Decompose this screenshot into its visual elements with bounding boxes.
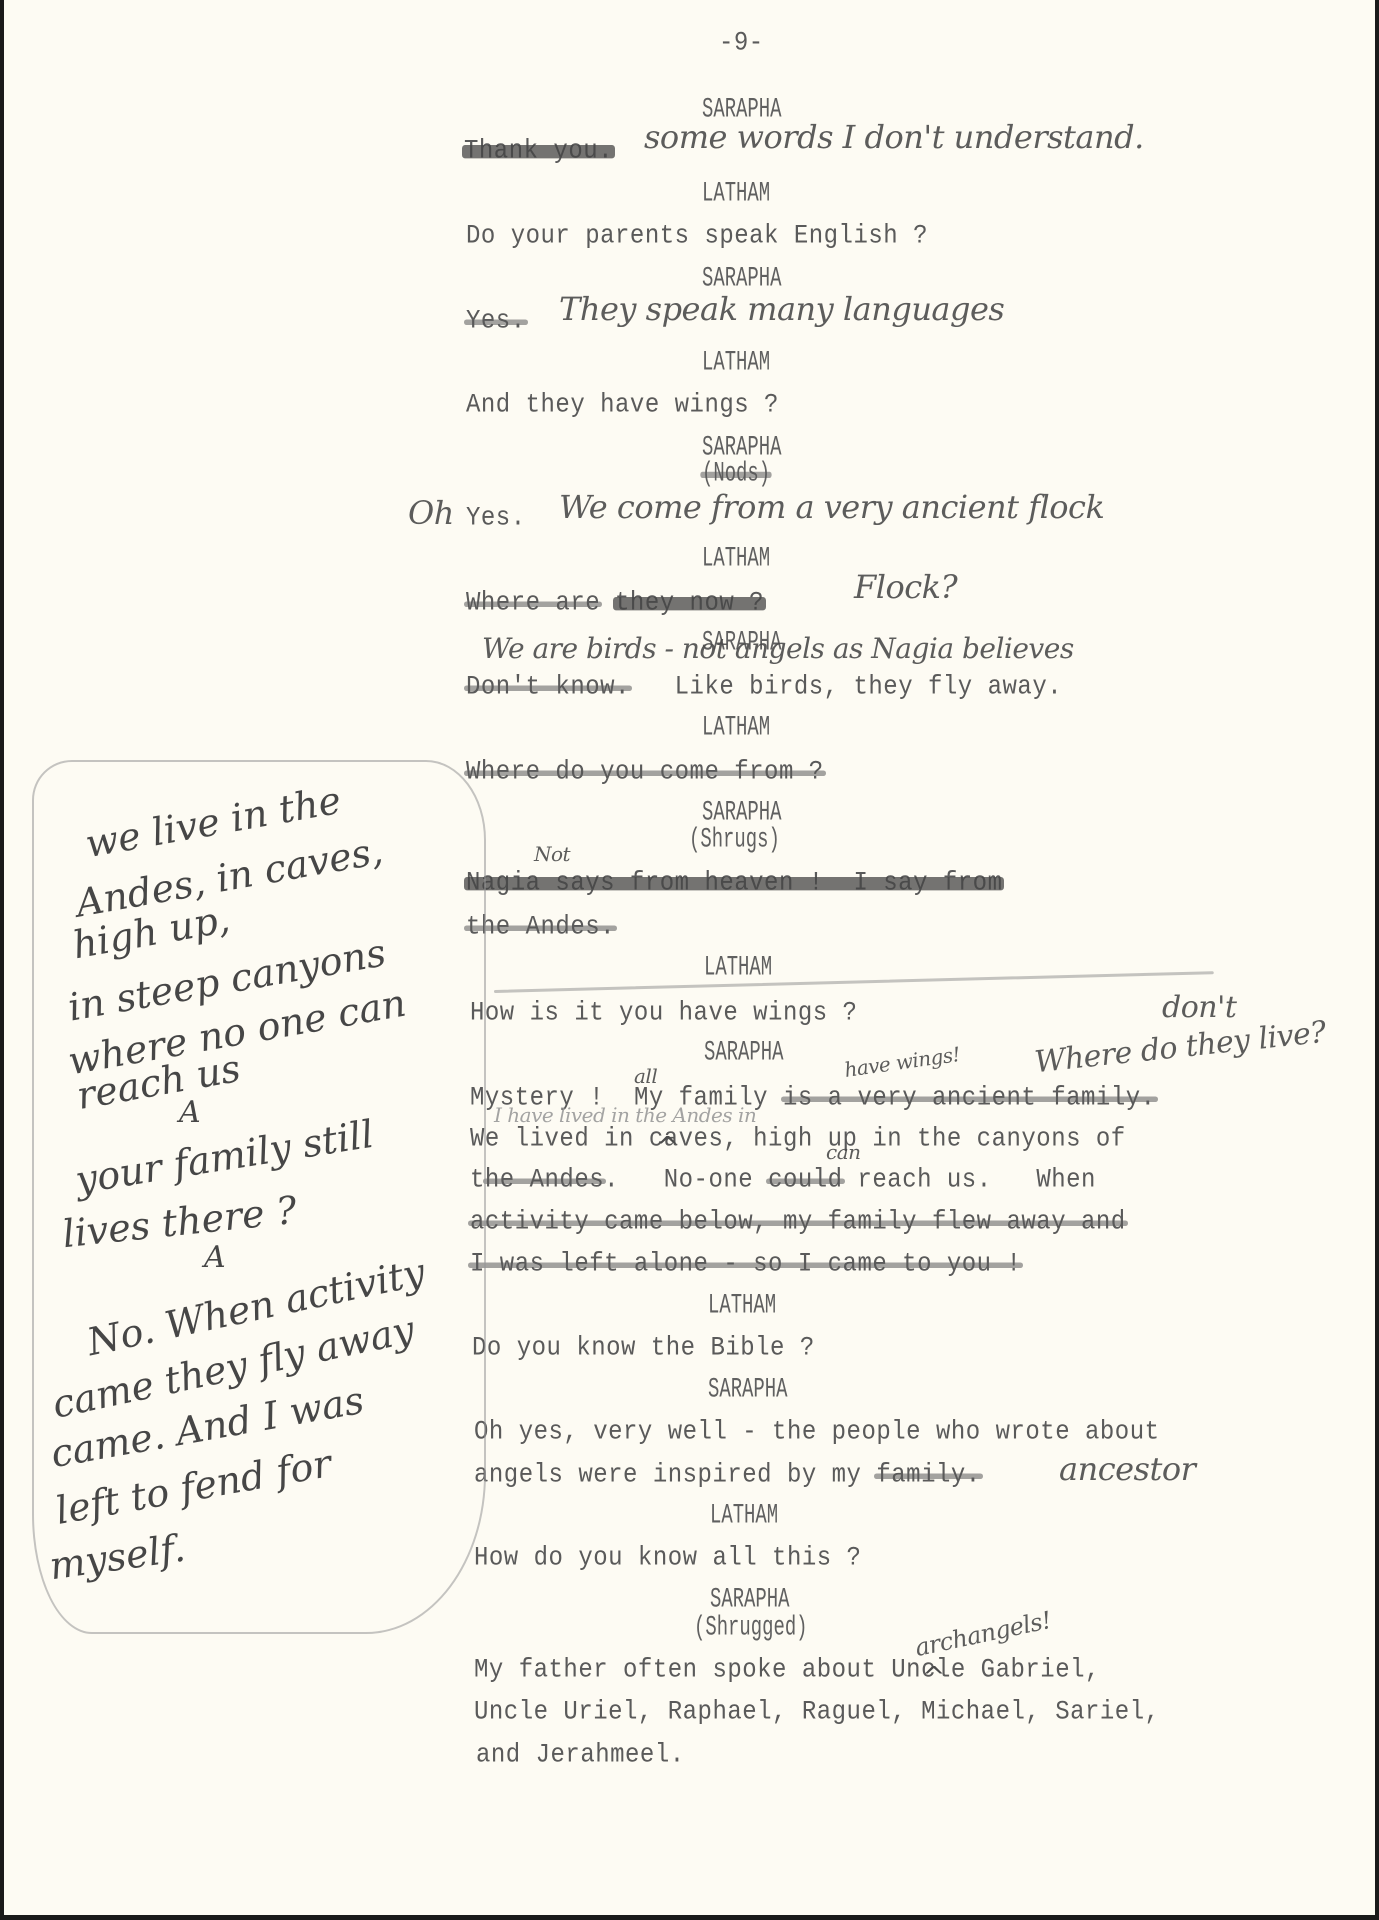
line-text: Like birds, they fly away. (675, 672, 1062, 702)
script-line: I was left alone - so I came to you ! (470, 1249, 1021, 1279)
struck-text: Where are (466, 588, 600, 618)
speaker-name: LATHAM (704, 952, 772, 983)
script-line: the Andes. No-one could reach us. When (470, 1165, 1096, 1195)
script-line: angels were inspired by my family. (474, 1460, 981, 1490)
insertion-annotation: can (826, 1140, 861, 1164)
insertion-annotation: archangels! (913, 1606, 1054, 1662)
speaker-name: LATHAM (708, 1290, 776, 1321)
script-line: And they have wings ? (466, 390, 779, 420)
caret-mark: A (204, 1240, 226, 1275)
speaker-name: LATHAM (702, 712, 770, 743)
struck-text: Yes. (466, 306, 526, 336)
speaker-name: LATHAM (702, 178, 770, 209)
manuscript-page: -9- SARAPHA Thank you. some words I don'… (4, 0, 1375, 1915)
line-text: angels were inspired by my (474, 1460, 861, 1490)
script-line: Do you know the Bible ? (472, 1333, 815, 1363)
struck-text: he Andes (485, 1165, 604, 1195)
speaker-name: LATHAM (710, 1500, 778, 1531)
pencil-guide-line (494, 971, 1214, 993)
handwritten-annotation: They speak many languages (559, 290, 1004, 328)
handwritten-annotation: We come from a very ancient flock (559, 488, 1104, 526)
struck-text: the Andes. (466, 912, 615, 942)
struck-text: activity came below, my family flew away… (470, 1207, 1126, 1237)
speaker-name: SARAPHA (710, 1584, 789, 1615)
stage-direction: (Shrugged) (694, 1612, 808, 1643)
caret-insertion-mark: ^ (922, 1660, 945, 1693)
struck-text: Where do you come from ? (466, 757, 824, 787)
line-text: reach us. When (857, 1165, 1095, 1195)
stage-direction: (Shrugs) (689, 824, 780, 855)
struck-text: (Nods) (702, 458, 770, 489)
struck-text: they now ? (615, 588, 764, 618)
speaker-name: LATHAM (702, 543, 770, 574)
script-line: Oh yes, very well - the people who wrote… (474, 1417, 1160, 1447)
handwritten-annotation: some words I don't understand. (644, 118, 1144, 156)
script-line: Do your parents speak English ? (466, 221, 928, 251)
script-line: Thank you. (464, 136, 613, 166)
script-line: Don't know. Like birds, they fly away. (466, 672, 1062, 702)
speaker-name: SARAPHA (704, 1037, 783, 1068)
speaker-name: SARAPHA (708, 1374, 787, 1405)
script-line: We lived in caves, high up in the canyon… (470, 1124, 1126, 1154)
margin-annotation: Oh (408, 494, 454, 532)
speaker-name: LATHAM (702, 347, 770, 378)
handwritten-annotation: We are birds - not angels as Nagia belie… (482, 632, 1074, 665)
handwritten-annotation: ancestor (1059, 1450, 1195, 1488)
script-line: the Andes. (466, 912, 615, 942)
script-line: activity came below, my family flew away… (470, 1207, 1126, 1237)
handwritten-annotation: Flock? (854, 568, 957, 606)
line-text: . No-one (604, 1165, 753, 1195)
script-line: Yes. (466, 306, 526, 336)
script-line: Where do you come from ? (466, 757, 824, 787)
handwritten-annotation: Not (534, 842, 570, 866)
caret-mark: A (179, 1095, 201, 1130)
struck-text: Nagia says from heaven ! I say from (466, 868, 1002, 898)
script-line: Nagia says from heaven ! I say from (466, 868, 1002, 898)
struck-text: I was left alone - so I came to you ! (470, 1249, 1021, 1279)
caret-insertion-mark: ^ (656, 1130, 679, 1163)
script-line: How do you know all this ? (474, 1543, 861, 1573)
script-line: Yes. (466, 503, 526, 533)
script-line: My father often spoke about Uncle Gabrie… (474, 1655, 1100, 1685)
script-line: and Jerahmeel. (476, 1740, 685, 1770)
struck-text: Don't know. (466, 672, 630, 702)
handwritten-annotation: don't (1162, 990, 1236, 1025)
insertion-annotation: have wings! (843, 1042, 962, 1082)
struck-text: could (768, 1165, 843, 1195)
struck-text: family. (876, 1460, 980, 1490)
script-line: Where are they now ? (466, 588, 764, 618)
page-number: -9- (719, 28, 764, 58)
script-line: How is it you have wings ? (470, 998, 857, 1028)
stage-direction: (Nods) (702, 458, 770, 489)
struck-text: is a very ancient family. (783, 1083, 1156, 1113)
struck-text: Thank you. (464, 136, 613, 166)
script-line: Uncle Uriel, Raphael, Raguel, Michael, S… (474, 1697, 1160, 1727)
